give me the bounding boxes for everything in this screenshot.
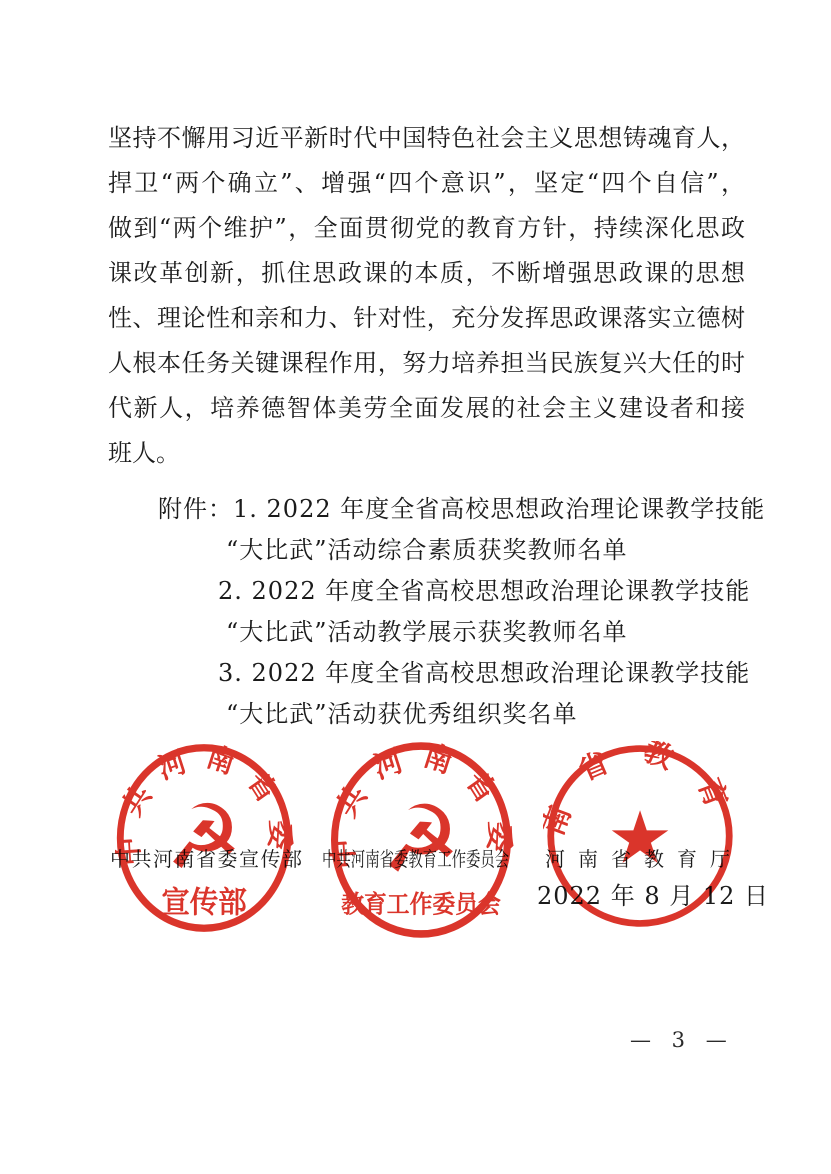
hammer-sickle-icon: ☭: [166, 785, 242, 890]
attachment-line: “大比武”活动获优秀组织奖名单: [108, 694, 758, 735]
attachment-line: “大比武”活动综合素质获奖教师名单: [108, 530, 758, 571]
official-seal-education-committee: 中共河南省委 ☭ 教育工作委员会: [326, 739, 516, 941]
document-page: 坚持不懈用习近平新时代中国特色社会主义思想铸魂育人， 捍卫“两个确立”、增强“四…: [0, 0, 831, 1174]
body-line: 坚持不懈用习近平新时代中国特色社会主义思想铸魂育人，: [108, 116, 745, 161]
page-number: — 3 —: [630, 1028, 734, 1052]
body-line: 做到“两个维护”，全面贯彻党的教育方针，持续深化思政: [108, 206, 745, 251]
official-seal-propaganda: 中共河南省委 ☭ 宣传部: [112, 741, 296, 935]
body-line: 性、理论性和亲和力、针对性，充分发挥思政课落实立德树: [108, 296, 745, 341]
attachment-line: “大比武”活动教学展示获奖教师名单: [108, 612, 758, 653]
body-line: 班人。: [108, 431, 745, 476]
official-seal-education-dept: 河南省教育厅 ★: [543, 741, 737, 931]
body-line: 课改革创新，抓住思政课的本质，不断增强思政课的思想: [108, 251, 745, 296]
attachment-line: 2. 2022 年度全省高校思想政治理论课教学技能: [108, 571, 758, 612]
attachment-line: 附件：1. 2022 年度全省高校思想政治理论课教学技能: [108, 489, 758, 530]
seal-bottom-text: 宣传部: [161, 885, 247, 920]
body-line: 捍卫“两个确立”、增强“四个意识”，坚定“四个自信”，: [108, 161, 745, 206]
star-icon: ★: [607, 796, 673, 880]
hammer-sickle-icon: ☭: [382, 786, 460, 894]
seal-bottom-text: 教育工作委员会: [341, 890, 501, 919]
body-line: 代新人，培养德智体美劳全面发展的社会主义建设者和接: [108, 386, 745, 431]
attachment-line: 3. 2022 年度全省高校思想政治理论课教学技能: [108, 653, 758, 694]
body-line: 人根本任务关键课程作用，努力培养担当民族复兴大任的时: [108, 341, 745, 386]
attachment-list: 附件：1. 2022 年度全省高校思想政治理论课教学技能 “大比武”活动综合素质…: [108, 489, 758, 735]
body-paragraph: 坚持不懈用习近平新时代中国特色社会主义思想铸魂育人， 捍卫“两个确立”、增强“四…: [108, 116, 745, 476]
